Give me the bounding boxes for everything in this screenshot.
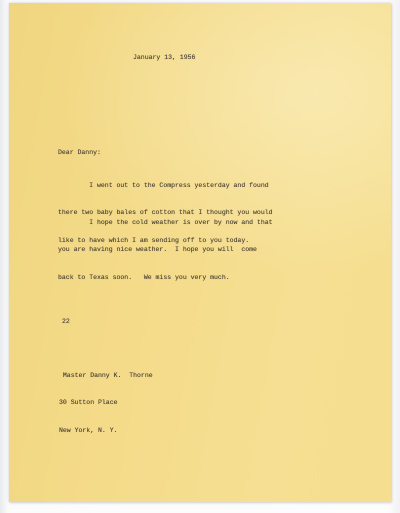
page-number: 22 xyxy=(62,317,70,326)
body-line: I hope the cold weather is over by now a… xyxy=(58,218,273,227)
letter-date: January 13, 1956 xyxy=(133,53,195,62)
letter-paper: January 13, 1956 Dear Danny: I went out … xyxy=(9,3,391,502)
address-line-name: Master Danny K. Thorne xyxy=(59,371,153,380)
address-line-street: 30 Sutton Place xyxy=(59,398,153,407)
body-line: you are having nice weather. I hope you … xyxy=(58,245,273,254)
recipient-address: Master Danny K. Thorne 30 Sutton Place N… xyxy=(59,352,153,454)
address-line-city: New York, N. Y. xyxy=(59,426,153,435)
body-line: back to Texas soon. We miss you very muc… xyxy=(58,273,273,282)
body-line: I went out to the Compress yesterday and… xyxy=(58,181,273,190)
salutation: Dear Danny: xyxy=(58,148,101,157)
body-paragraph-2: I hope the cold weather is over by now a… xyxy=(58,199,273,301)
